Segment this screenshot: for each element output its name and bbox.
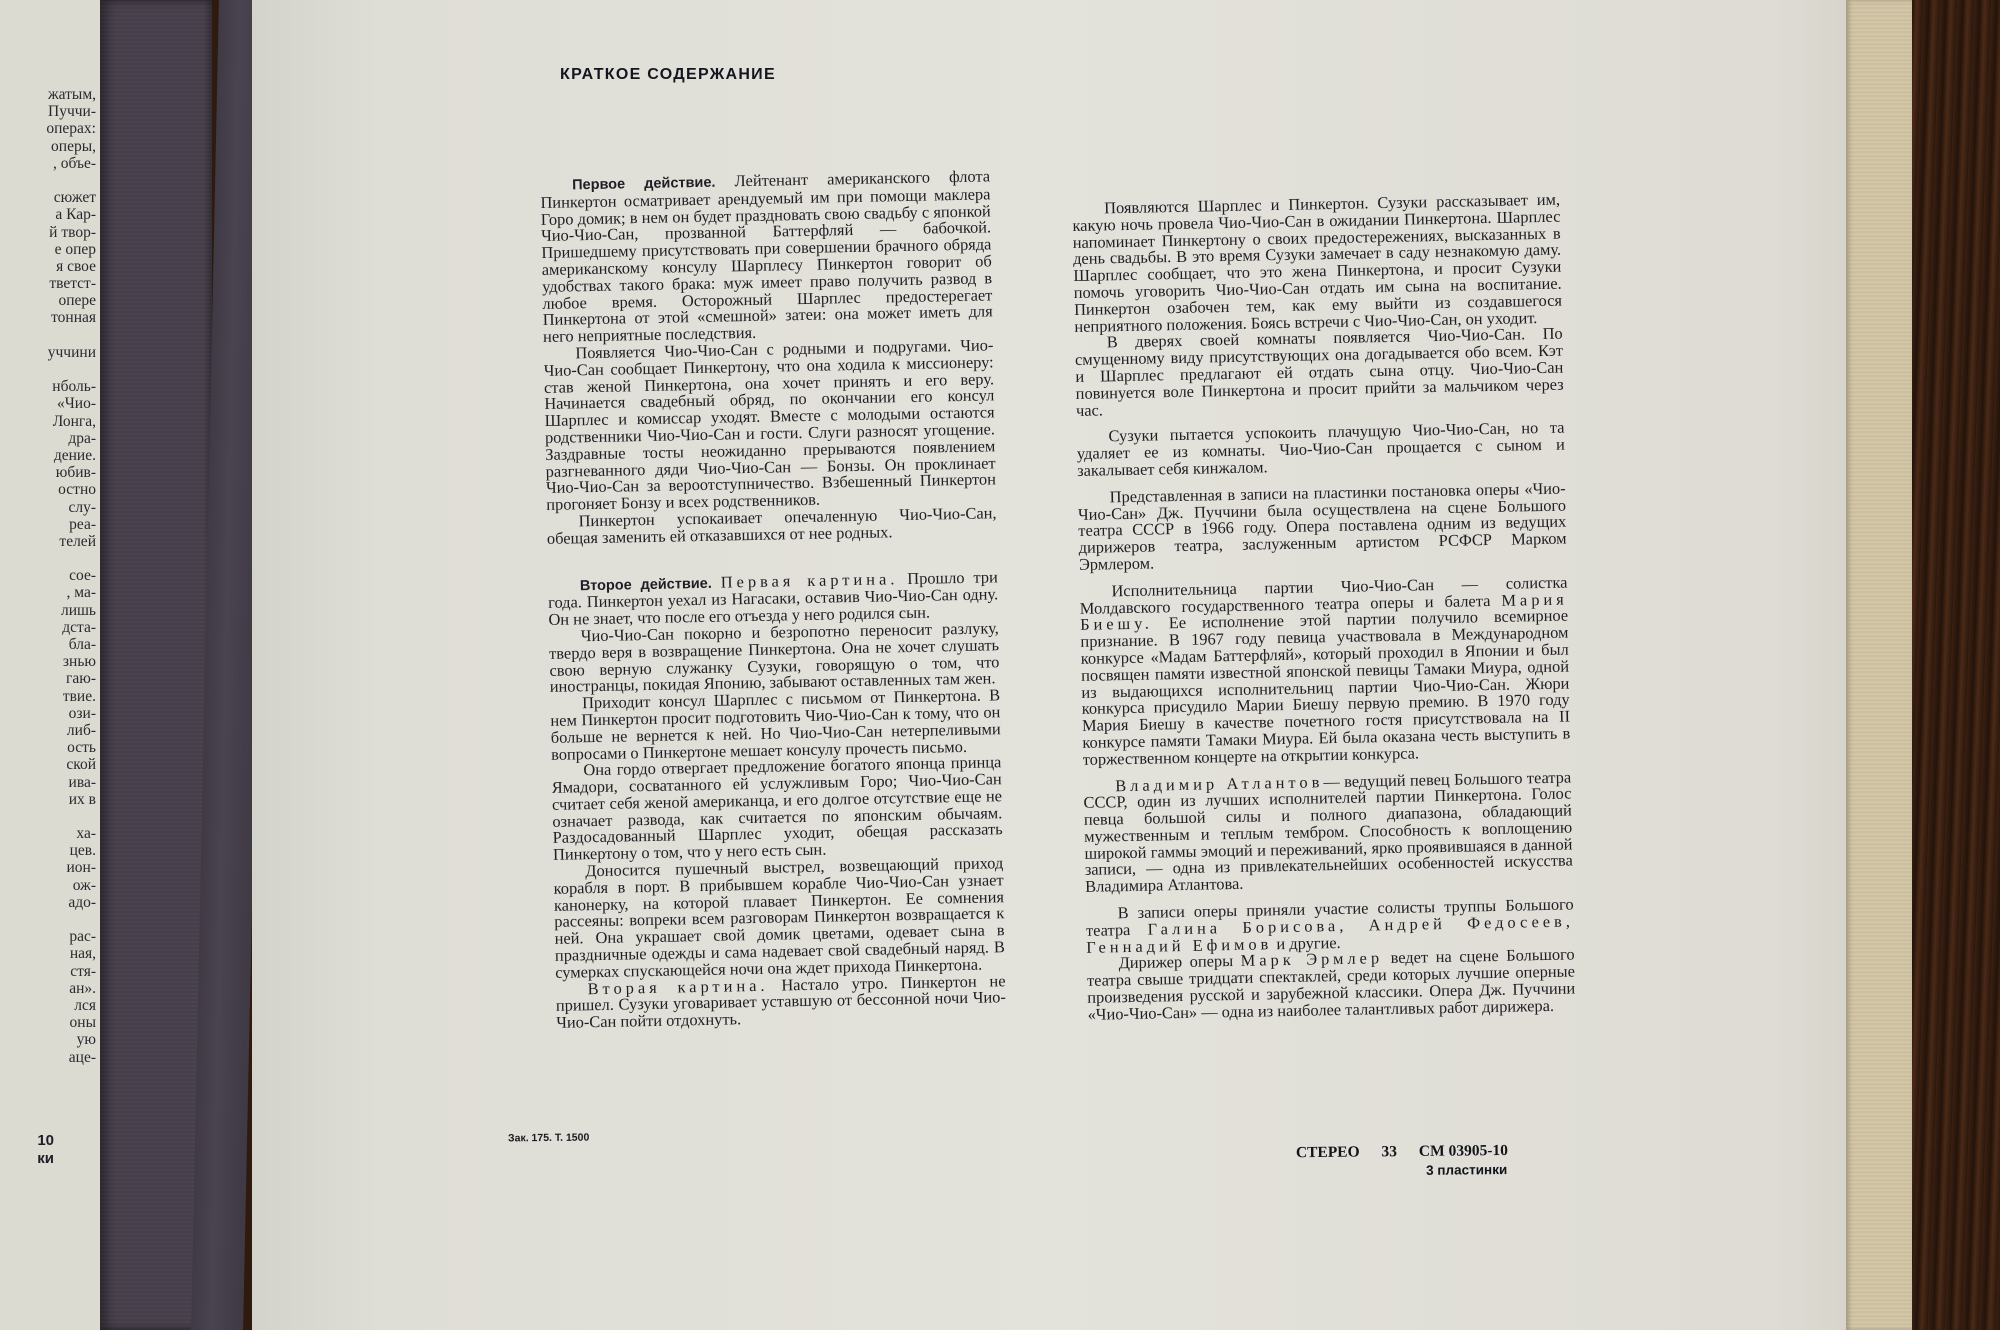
act1-paragraph-3: Пинкертон успокаивает опечаленную Чио-Чи…	[546, 505, 997, 547]
act2-paragraph-3: Приходит консул Шарплес с письмом от Пин…	[550, 687, 1001, 763]
previous-page-line	[0, 550, 96, 567]
previous-page-line: ую	[0, 1031, 96, 1048]
previous-page-line: знью	[0, 653, 96, 670]
previous-page-line: ан».	[0, 980, 96, 997]
previous-page-line: операх:	[0, 120, 96, 137]
previous-page-line: оны	[0, 1014, 96, 1031]
previous-page-line: дста-	[0, 619, 96, 636]
wooden-table-surface	[1906, 0, 2000, 1330]
previous-page-line	[0, 808, 96, 825]
synopsis-left-column: Первое действие. Лейтенант американского…	[540, 168, 1006, 1032]
previous-page-line	[0, 327, 96, 344]
act1-paragraph-2: Появляется Чио-Чио-Сан с родными и подру…	[543, 337, 996, 514]
previous-page-line: либ-	[0, 722, 96, 739]
act2-paragraph-6: Вторая картина. Настало утро. Пинкертон …	[555, 973, 1006, 1032]
previous-page-line: сое-	[0, 567, 96, 584]
previous-page-line: е опер	[0, 241, 96, 258]
previous-page-line	[0, 361, 96, 378]
previous-page-line: нболь-	[0, 378, 96, 395]
act1-paragraph-1: Первое действие. Лейтенант американского…	[540, 168, 993, 346]
soprano-paragraph: Исполнительница партии Чио-Чио-Сан — сол…	[1079, 574, 1570, 768]
act2-paragraph-4: Она гордо отвергает предложение богатого…	[551, 755, 1003, 864]
conductor-paragraph: Дирижер оперы Марк Эрмлер ведет на сцене…	[1087, 947, 1576, 1024]
previous-page-line	[0, 911, 96, 928]
previous-page-line: жатым,	[0, 86, 96, 103]
right-paragraph-1: Появляются Шарплес и Пинкертон. Сузуки р…	[1072, 192, 1562, 336]
previous-page-line: й твор-	[0, 224, 96, 241]
previous-page-line: ион-	[0, 859, 96, 876]
act2-paragraph-2: Чио-Чио-Сан покорно и безропотно перенос…	[549, 620, 1000, 696]
previous-page-line: «Чио-	[0, 395, 96, 412]
previous-page-line: аце-	[0, 1049, 96, 1066]
act2-paragraph-5: Доносится пушечный выстрел, возвещающий …	[553, 855, 1005, 981]
print-order-imprint: Зак. 175. Т. 1500	[508, 1132, 589, 1145]
previous-page-line: опере	[0, 292, 96, 309]
speed-label: 33	[1381, 1143, 1397, 1160]
page-title: КРАТКОЕ СОДЕРЖАНИЕ	[560, 66, 776, 84]
previous-page-line: ива-	[0, 774, 96, 791]
previous-page-line: , объе-	[0, 155, 96, 172]
previous-page-line: реа-	[0, 516, 96, 533]
previous-page-line: дра-	[0, 430, 96, 447]
right-paragraph-3: Сузуки пытается успокоить плачущую Чио-Ч…	[1076, 420, 1565, 480]
previous-page-line: лся	[0, 997, 96, 1014]
previous-page-line: , ма-	[0, 584, 96, 601]
previous-page-line: ость	[0, 739, 96, 756]
previous-page-line: Лонга,	[0, 413, 96, 430]
previous-page-line: ской	[0, 756, 96, 773]
previous-page-line: тветст-	[0, 275, 96, 292]
previous-page-footer: 10 ки	[37, 1132, 54, 1168]
previous-page-line: уччини	[0, 344, 96, 361]
previous-page-line: стя-	[0, 963, 96, 980]
previous-page-line: телей	[0, 533, 96, 550]
tenor-paragraph: Владимир Атлантов— ведущий певец Большог…	[1083, 769, 1573, 896]
previous-page-line: твие.	[0, 688, 96, 705]
catalog-number: СМ 03905-10	[1419, 1142, 1508, 1160]
previous-page-line: ная,	[0, 945, 96, 962]
previous-page-edge: жатым,Пуччи-операх:оперы,, объе-сюжета К…	[0, 0, 104, 1330]
previous-page-line: сюжет	[0, 189, 96, 206]
previous-page-line: ози-	[0, 705, 96, 722]
catalog-info: СТЕРЕО 33 СМ 03905-10 3 пластинки	[1296, 1141, 1526, 1181]
page-cloth-edge	[1846, 0, 1912, 1330]
previous-page-line: остно	[0, 481, 96, 498]
previous-page-line: юбив-	[0, 464, 96, 481]
previous-page-line: ха-	[0, 825, 96, 842]
previous-page-line: их в	[0, 791, 96, 808]
previous-page-line: дение.	[0, 447, 96, 464]
previous-page-line: бла-	[0, 636, 96, 653]
right-paragraph-2: В дверях своей комнаты появляется Чио-Чи…	[1075, 326, 1565, 419]
previous-page-line	[0, 172, 96, 189]
previous-page-line: лишь	[0, 602, 96, 619]
previous-page-line: гаю-	[0, 670, 96, 687]
previous-page-line: Пуччи-	[0, 103, 96, 120]
stereo-label: СТЕРЕО	[1296, 1144, 1360, 1162]
synopsis-right-column: Появляются Шарплес и Пинкертон. Сузуки р…	[1072, 192, 1576, 1024]
previous-page-line: я свое	[0, 258, 96, 275]
previous-page-line: рас-	[0, 928, 96, 945]
previous-page-line: адо-	[0, 894, 96, 911]
previous-page-line: ож-	[0, 877, 96, 894]
previous-page-text: жатым,Пуччи-операх:оперы,, объе-сюжета К…	[0, 86, 96, 1066]
production-paragraph: Представленная в записи на пластинки пос…	[1078, 480, 1568, 573]
previous-page-line: оперы,	[0, 138, 96, 155]
records-count: 3 пластинки	[1296, 1160, 1526, 1181]
previous-page-line: тонная	[0, 309, 96, 326]
previous-page-line: цев.	[0, 842, 96, 859]
previous-page-line: слу-	[0, 499, 96, 516]
album-booklet-page	[252, 0, 1852, 1330]
previous-page-line: а Кар-	[0, 206, 96, 223]
